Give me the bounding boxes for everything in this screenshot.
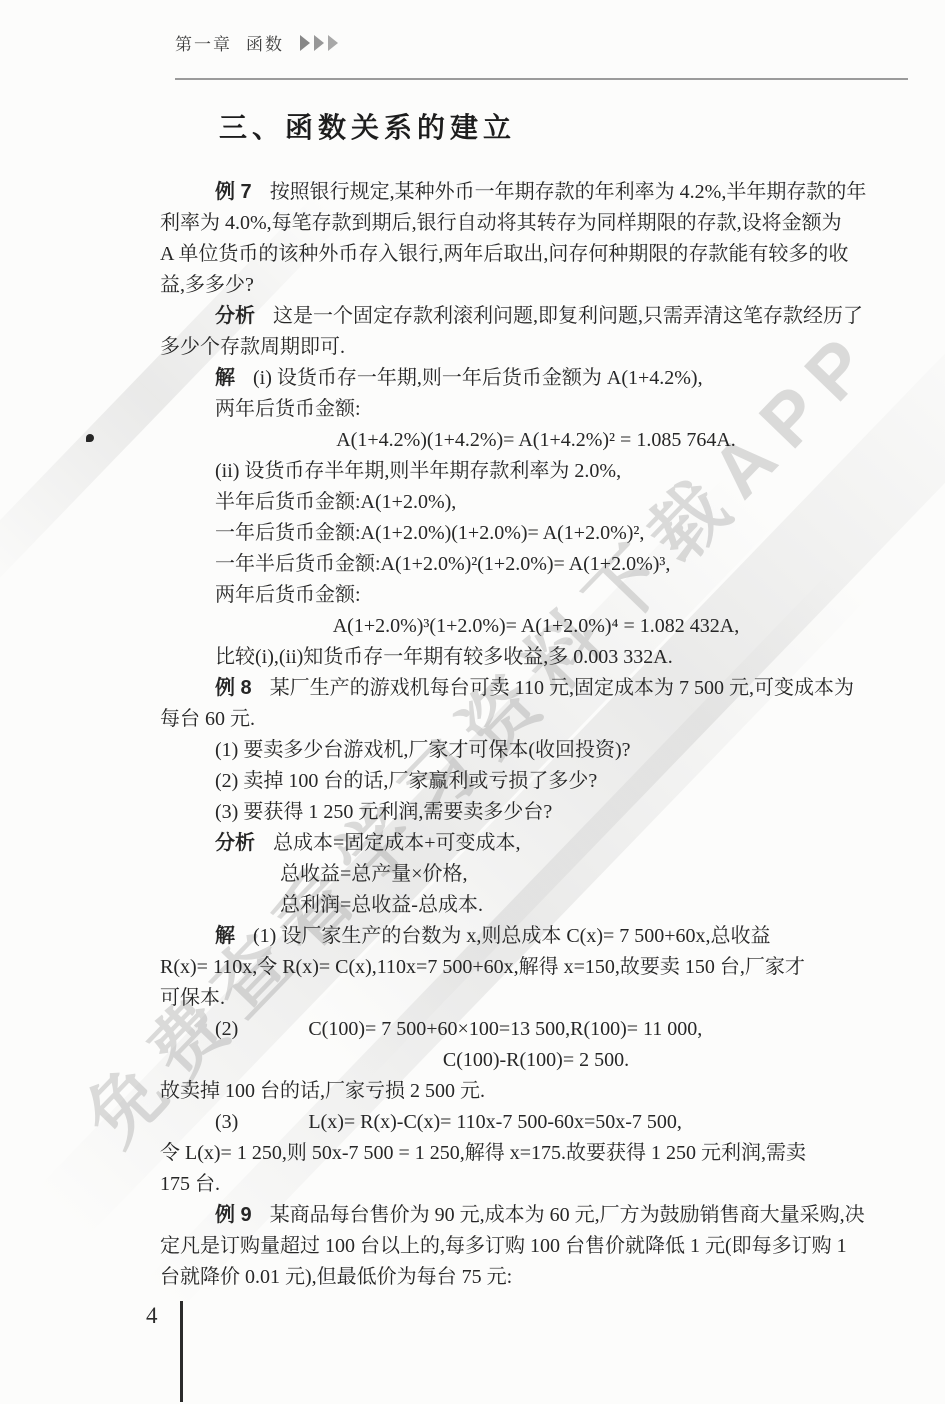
line-text: 按照银行规定,某种外币一年期存款的年利率为 4.2%,半年期存款的年: [270, 181, 867, 203]
text-line: 故卖掉 100 台的话,厂家亏损 2 500 元.: [160, 1076, 912, 1107]
ink-speck: [86, 434, 94, 442]
line-text: C(100)= 7 500+60×100=13 500,R(100)= 11 0…: [308, 1018, 702, 1040]
line-text: 可保本.: [160, 987, 225, 1009]
formula-line: A(1+2.0%)³(1+2.0%)= A(1+2.0%)⁴ = 1.082 4…: [160, 611, 912, 642]
line-text: 某商品每台售价为 90 元,成本为 60 元,厂方为鼓励销售商大量采购,决: [270, 1204, 865, 1226]
text-line: 总利润=总收益-总成本.: [160, 890, 912, 921]
text-line: 半年后货币金额:A(1+2.0%),: [160, 487, 912, 518]
text-line: (1) 要卖多少台游戏机,厂家才可保本(收回投资)?: [160, 735, 912, 766]
text-line: 例 7按照银行规定,某种外币一年期存款的年利率为 4.2%,半年期存款的年: [160, 177, 912, 208]
paragraph-label: 例 7: [215, 181, 252, 203]
header-rule: [175, 78, 908, 80]
line-text: 一年后货币金额:A(1+2.0%)(1+2.0%)= A(1+2.0%)²,: [215, 522, 644, 544]
formula-line: C(100)-R(100)= 2 500.: [160, 1045, 912, 1076]
line-text: A 单位货币的该种外币存入银行,两年后取出,问存何种期限的存款能有较多的收: [160, 243, 848, 265]
line-text: 总收益=总产量×价格,: [280, 863, 468, 885]
line-text: 一年半后货币金额:A(1+2.0%)²(1+2.0%)= A(1+2.0%)³,: [215, 553, 670, 575]
text-line: (ii) 设货币存半年期,则半年期存款利率为 2.0%,: [160, 456, 912, 487]
text-line: 解(1) 设厂家生产的台数为 x,则总成本 C(x)= 7 500+60x,总收…: [160, 921, 912, 952]
text-line: 利率为 4.0%,每笔存款到期后,银行自动将其转存为同样期限的存款,设将金额为: [160, 208, 912, 239]
text-line: 例 9某商品每台售价为 90 元,成本为 60 元,厂方为鼓励销售商大量采购,决: [160, 1200, 912, 1231]
text-line: 比较(i),(ii)知货币存一年期有较多收益,多 0.003 332A.: [160, 642, 912, 673]
formula-line: (3)L(x)= R(x)-C(x)= 110x-7 500-60x=50x-7…: [160, 1107, 912, 1138]
line-text: (ii) 设货币存半年期,则半年期存款利率为 2.0%,: [215, 460, 621, 482]
text-line: (3) 要获得 1 250 元利润,需要卖多少台?: [160, 797, 912, 828]
line-text: 这是一个固定存款利滚利问题,即复利问题,只需弄清这笔存款经历了: [273, 305, 863, 327]
item-ref: (3): [215, 1111, 238, 1133]
line-text: C(100)-R(100)= 2 500.: [443, 1049, 629, 1071]
paragraph-label: 分析: [215, 832, 255, 854]
line-text: (1) 设厂家生产的台数为 x,则总成本 C(x)= 7 500+60x,总收益: [253, 925, 771, 947]
document-body: 例 7按照银行规定,某种外币一年期存款的年利率为 4.2%,半年期存款的年 利率…: [160, 177, 912, 1293]
page-header: 第一章 函数: [175, 30, 350, 55]
text-line: (2) 卖掉 100 台的话,厂家赢利或亏损了多少?: [160, 766, 912, 797]
line-text: 半年后货币金额:A(1+2.0%),: [215, 491, 456, 513]
text-line: 可保本.: [160, 983, 912, 1014]
line-text: 某厂生产的游戏机每台可卖 110 元,固定成本为 7 500 元,可变成本为: [270, 677, 854, 699]
text-line: R(x)= 110x,令 R(x)= C(x),110x=7 500+60x,解…: [160, 952, 912, 983]
formula-line: A(1+4.2%)(1+4.2%)= A(1+4.2%)² = 1.085 76…: [160, 425, 912, 456]
text-line: 175 台.: [160, 1169, 912, 1200]
text-line: 台就降价 0.01 元),但最低价为每台 75 元:: [160, 1262, 912, 1293]
line-text: (1) 要卖多少台游戏机,厂家才可保本(收回投资)?: [215, 739, 631, 761]
text-line: 两年后货币金额:: [160, 394, 912, 425]
line-text: R(x)= 110x,令 R(x)= C(x),110x=7 500+60x,解…: [160, 956, 805, 978]
text-line: 一年半后货币金额:A(1+2.0%)²(1+2.0%)= A(1+2.0%)³,: [160, 549, 912, 580]
paragraph-label: 解: [215, 367, 235, 389]
line-text: 每台 60 元.: [160, 708, 255, 730]
line-text: A(1+2.0%)³(1+2.0%)= A(1+2.0%)⁴ = 1.082 4…: [333, 615, 740, 637]
line-text: 两年后货币金额:: [215, 398, 361, 420]
text-line: 总收益=总产量×价格,: [160, 859, 912, 890]
line-text: 台就降价 0.01 元),但最低价为每台 75 元:: [160, 1266, 512, 1288]
chapter-title: 函数: [246, 30, 284, 55]
paragraph-label: 解: [215, 925, 235, 947]
line-text: 定凡是订购量超过 100 台以上的,每多订购 100 台售价就降低 1 元(即每…: [160, 1235, 847, 1257]
line-text: 利率为 4.0%,每笔存款到期后,银行自动将其转存为同样期限的存款,设将金额为: [160, 212, 842, 234]
text-line: 益,多多少?: [160, 270, 912, 301]
page-title: 三、函数关系的建立: [219, 106, 516, 146]
paragraph-label: 例 9: [215, 1204, 252, 1226]
line-text: 多少个存款周期即可.: [160, 336, 345, 358]
item-ref: (2): [215, 1018, 238, 1040]
line-text: 175 台.: [160, 1173, 220, 1195]
line-text: (2) 卖掉 100 台的话,厂家赢利或亏损了多少?: [215, 770, 597, 792]
triple-chevron-right-icon: [298, 33, 350, 53]
line-text: 两年后货币金额:: [215, 584, 361, 606]
line-text: 比较(i),(ii)知货币存一年期有较多收益,多 0.003 332A.: [215, 646, 673, 668]
line-text: 总利润=总收益-总成本.: [280, 894, 483, 916]
line-text: 总成本=固定成本+可变成本,: [273, 832, 521, 854]
formula-line: (2)C(100)= 7 500+60×100=13 500,R(100)= 1…: [160, 1014, 912, 1045]
text-line: 分析总成本=固定成本+可变成本,: [160, 828, 912, 859]
paragraph-label: 例 8: [215, 677, 252, 699]
line-text: (3) 要获得 1 250 元利润,需要卖多少台?: [215, 801, 552, 823]
text-line: 分析这是一个固定存款利滚利问题,即复利问题,只需弄清这笔存款经历了: [160, 301, 912, 332]
text-line: 两年后货币金额:: [160, 580, 912, 611]
line-text: 故卖掉 100 台的话,厂家亏损 2 500 元.: [160, 1080, 485, 1102]
text-line: 解(i) 设货币存一年期,则一年后货币金额为 A(1+4.2%),: [160, 363, 912, 394]
text-line: 定凡是订购量超过 100 台以上的,每多订购 100 台售价就降低 1 元(即每…: [160, 1231, 912, 1262]
footer-rule: [180, 1301, 183, 1402]
paragraph-label: 分析: [215, 305, 255, 327]
chapter-label: 第一章: [175, 30, 232, 55]
page-number: 4: [146, 1303, 158, 1329]
line-text: L(x)= R(x)-C(x)= 110x-7 500-60x=50x-7 50…: [308, 1111, 682, 1133]
text-line: 令 L(x)= 1 250,则 50x-7 500 = 1 250,解得 x=1…: [160, 1138, 912, 1169]
line-text: (i) 设货币存一年期,则一年后货币金额为 A(1+4.2%),: [253, 367, 703, 389]
line-text: 益,多多少?: [160, 274, 254, 296]
text-line: 多少个存款周期即可.: [160, 332, 912, 363]
line-text: A(1+4.2%)(1+4.2%)= A(1+4.2%)² = 1.085 76…: [336, 429, 736, 451]
text-line: 例 8某厂生产的游戏机每台可卖 110 元,固定成本为 7 500 元,可变成本…: [160, 673, 912, 704]
text-line: A 单位货币的该种外币存入银行,两年后取出,问存何种期限的存款能有较多的收: [160, 239, 912, 270]
text-line: 一年后货币金额:A(1+2.0%)(1+2.0%)= A(1+2.0%)²,: [160, 518, 912, 549]
text-line: 每台 60 元.: [160, 704, 912, 735]
line-text: 令 L(x)= 1 250,则 50x-7 500 = 1 250,解得 x=1…: [160, 1142, 806, 1164]
